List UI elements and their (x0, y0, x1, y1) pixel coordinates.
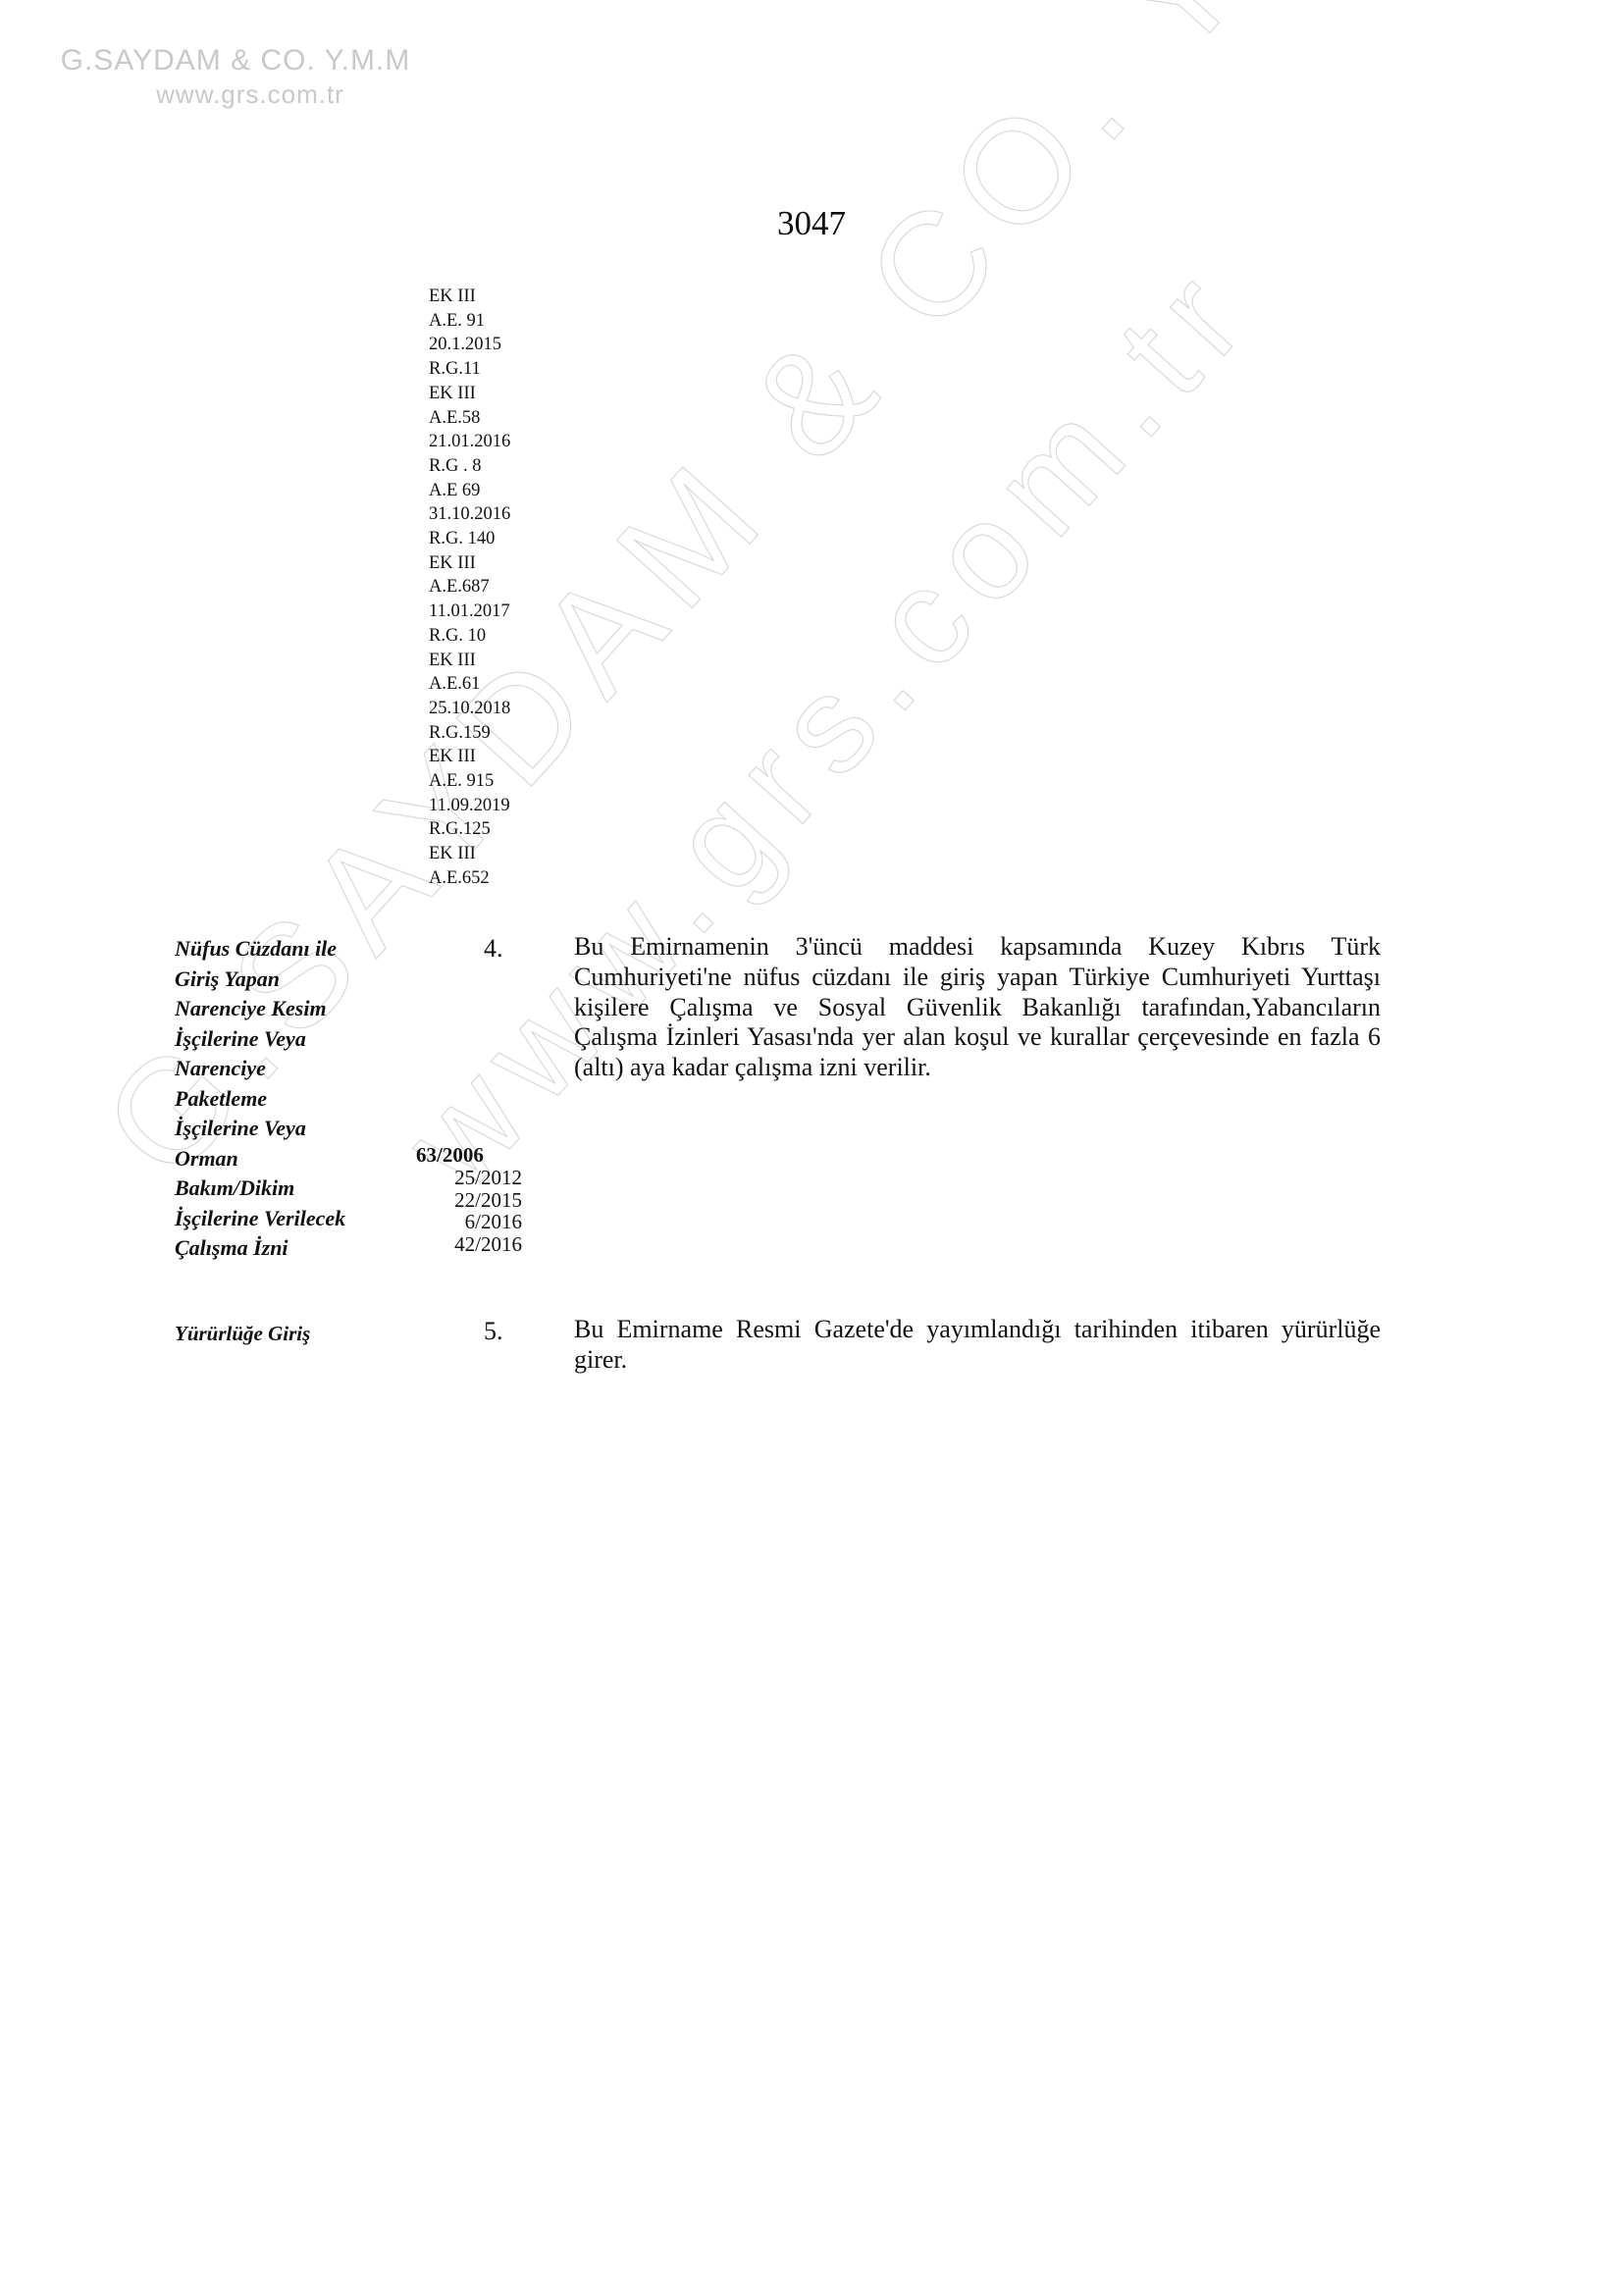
amendment-reference-line: A.E.61 (429, 672, 510, 697)
amendment-reference-line: EK III (429, 649, 510, 673)
heading-line: İşçilerine Veya (175, 1114, 345, 1144)
amendment-reference-line: 20.1.2015 (429, 333, 510, 357)
page-number: 3047 (0, 204, 1623, 243)
law-reference: 6/2016 (416, 1211, 522, 1233)
amendment-reference-line: A.E. 91 (429, 309, 510, 334)
section-4-law-references: 63/200625/201222/20156/201642/2016 (416, 1144, 522, 1256)
heading-line: Nüfus Cüzdanı ile (175, 934, 345, 965)
heading-line: Giriş Yapan (175, 965, 345, 995)
law-reference: 63/2006 (416, 1144, 522, 1167)
amendment-reference-line: R.G.159 (429, 721, 510, 746)
amendment-reference-line: A.E.58 (429, 406, 510, 431)
section-5-number: 5. (484, 1317, 503, 1346)
heading-line: Narenciye Kesim (175, 994, 345, 1024)
amendment-reference-line: 21.01.2016 (429, 430, 510, 454)
amendment-reference-line: 31.10.2016 (429, 502, 510, 527)
amendment-reference-line: EK III (429, 382, 510, 406)
heading-line: Narenciye (175, 1054, 345, 1084)
watermark-website: www.grs.com.tr (29, 78, 442, 110)
law-reference: 42/2016 (416, 1233, 522, 1256)
amendment-reference-line: A.E.652 (429, 866, 510, 891)
amendment-reference-line: 11.01.2017 (429, 600, 510, 624)
law-reference: 25/2012 (416, 1167, 522, 1189)
watermark-header: G.SAYDAM & CO. Y.M.M www.grs.com.tr (29, 43, 442, 110)
amendment-reference-line: R.G.11 (429, 357, 510, 382)
amendment-reference-line: R.G. 140 (429, 527, 510, 551)
amendment-reference-line: A.E.687 (429, 575, 510, 600)
amendment-reference-line: R.G.125 (429, 817, 510, 842)
section-5-text: Bu Emirname Resmi Gazete'de yayımlandığı… (574, 1315, 1381, 1376)
amendment-reference-line: A.E 69 (429, 479, 510, 503)
amendment-reference-line: R.G. 10 (429, 624, 510, 649)
heading-line: Çalışma İzni (175, 1233, 345, 1264)
heading-line: Paketleme (175, 1084, 345, 1115)
amendment-reference-line: A.E. 915 (429, 769, 510, 794)
law-reference: 22/2015 (416, 1189, 522, 1212)
heading-line: İşçilerine Veya (175, 1024, 345, 1055)
amendment-reference-line: EK III (429, 551, 510, 576)
watermark-company: G.SAYDAM & CO. Y.M.M (29, 43, 442, 78)
heading-line: Yürürlüğe Giriş (175, 1319, 310, 1349)
amendment-reference-line: EK III (429, 842, 510, 866)
heading-line: İşçilerine Verilecek (175, 1204, 345, 1234)
section-5-heading: Yürürlüğe Giriş (175, 1319, 310, 1349)
section-4-number: 4. (484, 934, 503, 964)
amendment-reference-line: 25.10.2018 (429, 697, 510, 721)
amendment-reference-line: 11.09.2019 (429, 794, 510, 818)
heading-line: Orman (175, 1144, 345, 1174)
amendment-reference-line: EK III (429, 285, 510, 309)
section-4-text: Bu Emirnamenin 3'üncü maddesi kapsamında… (574, 932, 1381, 1083)
section-4-heading: Nüfus Cüzdanı ileGiriş YapanNarenciye Ke… (175, 934, 345, 1264)
amendment-reference-line: EK III (429, 745, 510, 769)
amendment-reference-line: R.G . 8 (429, 454, 510, 479)
heading-line: Bakım/Dikim (175, 1174, 345, 1204)
amendment-references: EK IIIA.E. 9120.1.2015R.G.11EK IIIA.E.58… (429, 285, 510, 891)
